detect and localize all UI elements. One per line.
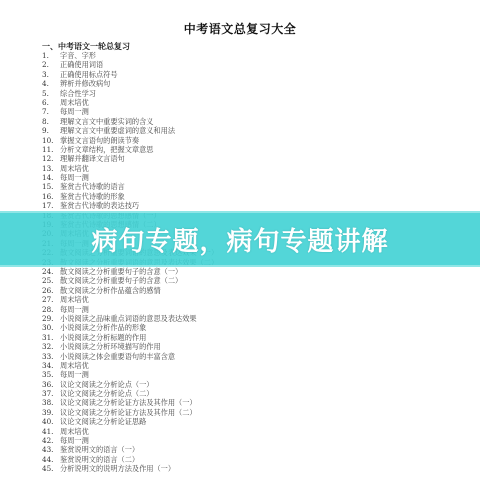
item-text: 鉴赏古代诗歌的表达技巧 (60, 201, 139, 210)
outline-item: 5.综合性学习 (42, 89, 218, 98)
item-number: 28. (42, 305, 60, 314)
item-text: 议论文阅读之分析论点（一） (60, 380, 153, 389)
item-number: 33. (42, 352, 60, 361)
outline-item: 42.每周一测 (42, 436, 218, 445)
item-text: 小说阅读之品味重点词语的意思及表达效果 (60, 314, 197, 323)
item-number: 38. (42, 398, 60, 407)
outline-item: 36.议论文阅读之分析论点（一） (42, 380, 218, 389)
outline-item: 3.正确使用标点符号 (42, 70, 218, 79)
item-number: 37. (42, 389, 60, 398)
item-text: 理解文言文中重要实词的含义 (60, 117, 153, 126)
item-number: 8. (42, 117, 60, 126)
outline-item: 16.鉴赏古代诗歌的形象 (42, 192, 218, 201)
item-number: 32. (42, 342, 60, 351)
item-number: 36. (42, 380, 60, 389)
item-text: 理解文言文中重要虚词的意义和用法 (60, 126, 175, 135)
item-number: 39. (42, 408, 60, 417)
item-number: 44. (42, 455, 60, 464)
item-number: 16. (42, 192, 60, 201)
item-number: 26. (42, 286, 60, 295)
item-number: 2. (42, 60, 60, 69)
outline-item: 31.小说阅读之分析标题的作用 (42, 333, 218, 342)
item-text: 议论文阅读之分析论证方法及其作用（一） (60, 398, 197, 407)
item-number: 42. (42, 436, 60, 445)
outline-item: 2.正确使用词语 (42, 60, 218, 69)
outline-item: 38.议论文阅读之分析论证方法及其作用（一） (42, 398, 218, 407)
item-number: 10. (42, 136, 60, 145)
outline-item: 43.鉴赏说明文的语言（一） (42, 445, 218, 454)
item-text: 每周一测 (60, 436, 89, 445)
outline-item: 34.周末培优 (42, 361, 218, 370)
outline-item: 9.理解文言文中重要虚词的意义和用法 (42, 126, 218, 135)
item-text: 周末培优 (60, 164, 89, 173)
outline-item: 26.散文阅读之分析作品蕴含的感情 (42, 286, 218, 295)
item-number: 9. (42, 126, 60, 135)
outline-item: 45.分析说明文的说明方法及作用（一） (42, 464, 218, 473)
outline-item: 11.分析文章结构，把握文章意思 (42, 145, 218, 154)
item-number: 34. (42, 361, 60, 370)
item-text: 鉴赏古代诗歌的形象 (60, 192, 125, 201)
outline-item: 6.周末培优 (42, 98, 218, 107)
outline-item: 4.辨析并修改病句 (42, 79, 218, 88)
item-text: 每周一测 (60, 107, 89, 116)
item-number: 13. (42, 164, 60, 173)
outline-item: 13.周末培优 (42, 164, 218, 173)
item-text: 周末培优 (60, 427, 89, 436)
outline-item: 7.每周一测 (42, 107, 218, 116)
item-number: 31. (42, 333, 60, 342)
outline-item: 14.每周一测 (42, 173, 218, 182)
item-text: 小说阅读之分析作品的形象 (60, 323, 146, 332)
item-number: 4. (42, 79, 60, 88)
item-number: 15. (42, 182, 60, 191)
outline-item: 39.议论文阅读之分析论证方法及其作用（二） (42, 408, 218, 417)
outline-item: 12.理解并翻译文言语句 (42, 154, 218, 163)
item-text: 综合性学习 (60, 89, 96, 98)
item-text: 鉴赏古代诗歌的语言 (60, 182, 125, 191)
item-number: 3. (42, 70, 60, 79)
item-number: 25. (42, 276, 60, 285)
item-number: 27. (42, 295, 60, 304)
item-text: 正确使用标点符号 (60, 70, 118, 79)
item-text: 分析文章结构，把握文章意思 (60, 145, 153, 154)
item-text: 周末培优 (60, 98, 89, 107)
item-text: 小说阅读之分析环境描写的作用 (60, 342, 161, 351)
item-text: 散文阅读之分析重要句子的含意（二） (60, 276, 182, 285)
item-number: 14. (42, 173, 60, 182)
item-text: 掌握文言语句的朗读节奏 (60, 136, 139, 145)
item-number: 17. (42, 201, 60, 210)
item-number: 35. (42, 370, 60, 379)
item-text: 议论文阅读之分析论点（二） (60, 389, 153, 398)
outline-item: 37.议论文阅读之分析论点（二） (42, 389, 218, 398)
outline-item: 8.理解文言文中重要实词的含义 (42, 117, 218, 126)
item-number: 30. (42, 323, 60, 332)
banner-title: 病句专题，病句专题讲解 (91, 221, 388, 258)
outline-item: 1.字音、字形 (42, 51, 218, 60)
item-number: 43. (42, 445, 60, 454)
outline-item: 33.小说阅读之体会重要语句的丰富含意 (42, 352, 218, 361)
item-text: 散文阅读之分析作品蕴含的感情 (60, 286, 161, 295)
item-number: 45. (42, 464, 60, 473)
item-text: 每周一测 (60, 370, 89, 379)
outline-item: 40.议论文阅读之分析论证思路 (42, 417, 218, 426)
item-number: 29. (42, 314, 60, 323)
item-number: 6. (42, 98, 60, 107)
item-text: 小说阅读之体会重要语句的丰富含意 (60, 352, 175, 361)
item-text: 周末培优 (60, 361, 89, 370)
item-number: 5. (42, 89, 60, 98)
outline-item: 25.散文阅读之分析重要句子的含意（二） (42, 276, 218, 285)
outline-item: 41.周末培优 (42, 427, 218, 436)
outline-item: 29.小说阅读之品味重点词语的意思及表达效果 (42, 314, 218, 323)
outline-item: 17.鉴赏古代诗歌的表达技巧 (42, 201, 218, 210)
item-text: 分析说明文的说明方法及作用（一） (60, 464, 175, 473)
outline-item: 35.每周一测 (42, 370, 218, 379)
item-number: 11. (42, 145, 60, 154)
outline-item: 27.周末培优 (42, 295, 218, 304)
outline-item: 15.鉴赏古代诗歌的语言 (42, 182, 218, 191)
outline-item: 32.小说阅读之分析环境描写的作用 (42, 342, 218, 351)
item-number: 40. (42, 417, 60, 426)
outline-item: 30.小说阅读之分析作品的形象 (42, 323, 218, 332)
item-text: 正确使用词语 (60, 60, 103, 69)
item-number: 24. (42, 267, 60, 276)
item-number: 41. (42, 427, 60, 436)
outline-item: 24.散文阅读之分析重要句子的含意（一） (42, 267, 218, 276)
item-text: 字音、字形 (60, 51, 96, 60)
item-text: 散文阅读之分析重要句子的含意（一） (60, 267, 182, 276)
item-text: 鉴赏说明文的语言（一） (60, 445, 139, 454)
item-text: 议论文阅读之分析论证方法及其作用（二） (60, 408, 197, 417)
item-number: 1. (42, 51, 60, 60)
item-text: 理解并翻译文言语句 (60, 154, 125, 163)
item-text: 每周一测 (60, 305, 89, 314)
item-text: 议论文阅读之分析论证思路 (60, 417, 146, 426)
outline-item: 10.掌握文言语句的朗读节奏 (42, 136, 218, 145)
outline-item: 44.鉴赏说明文的语言（二） (42, 455, 218, 464)
item-text: 小说阅读之分析标题的作用 (60, 333, 146, 342)
item-text: 周末培优 (60, 295, 89, 304)
outline-item: 28.每周一测 (42, 305, 218, 314)
item-text: 辨析并修改病句 (60, 79, 110, 88)
item-text: 鉴赏说明文的语言（二） (60, 455, 139, 464)
item-number: 7. (42, 107, 60, 116)
item-text: 每周一测 (60, 173, 89, 182)
title-banner: 病句专题，病句专题讲解 (0, 211, 480, 267)
document-title: 中考语文总复习大全 (0, 20, 480, 37)
item-number: 12. (42, 154, 60, 163)
